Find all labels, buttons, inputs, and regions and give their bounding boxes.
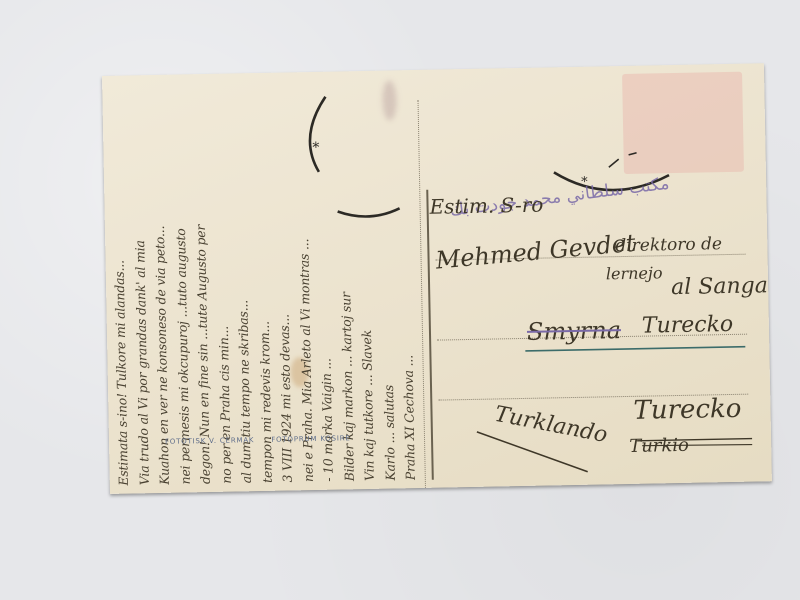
address-title: direktoro de <box>615 234 722 256</box>
stamp-remnant <box>622 72 744 174</box>
address-institution: lernejo <box>606 263 663 283</box>
postcard: * * Estimata s-ino! Tulkore mi alandas..… <box>102 63 772 494</box>
underline-strokes <box>477 418 758 483</box>
address-salutation: Estim. S-ro <box>429 193 543 219</box>
publisher-left: FOTOTISK V. CERMAK <box>165 436 254 446</box>
address-street: al Sangak <box>671 273 772 300</box>
address-country: Turecko <box>642 312 734 339</box>
handwritten-message: Estimata s-ino! Tulkore mi alandas... Vi… <box>106 70 434 486</box>
address-city: Smyrna <box>527 316 622 346</box>
publisher-right: FOTOPRUM KOSIRE <box>271 434 350 444</box>
